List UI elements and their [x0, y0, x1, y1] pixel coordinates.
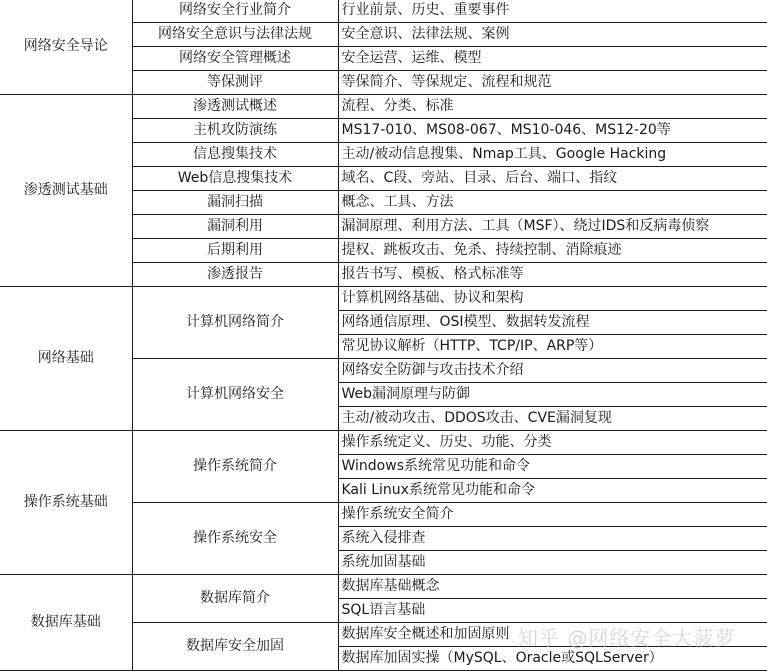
topic-cell: 主机攻防演练 [132, 119, 338, 143]
topic-cell: 漏洞利用 [132, 215, 338, 239]
topic-cell: Web信息搜集技术 [132, 167, 338, 191]
table-row: 渗透测试基础 渗透测试概述 流程、分类、标准 [0, 95, 767, 119]
topic-cell: 计算机网络简介 [132, 287, 338, 359]
detail-cell: 数据库安全概述和加固原则 [338, 623, 767, 647]
topic-cell: 后期利用 [132, 239, 338, 263]
module-cell: 网络安全导论 [0, 0, 132, 95]
module-cell: 网络基础 [0, 287, 132, 431]
detail-cell: 安全运营、运维、模型 [338, 47, 767, 71]
topic-cell: 操作系统简介 [132, 431, 338, 503]
topic-cell: 计算机网络安全 [132, 359, 338, 431]
topic-cell: 操作系统安全 [132, 503, 338, 575]
detail-cell: Kali Linux系统常见功能和命令 [338, 479, 767, 503]
detail-cell: 等保简介、等保规定、流程和规范 [338, 71, 767, 95]
module-cell: 操作系统基础 [0, 431, 132, 575]
detail-cell: 常见协议解析（HTTP、TCP/IP、ARP等） [338, 335, 767, 359]
detail-cell: 提权、跳板攻击、免杀、持续控制、消除痕迹 [338, 239, 767, 263]
topic-cell: 网络安全管理概述 [132, 47, 338, 71]
topic-cell: 等保测评 [132, 71, 338, 95]
detail-cell: 概念、工具、方法 [338, 191, 767, 215]
detail-cell: 主动/被动信息搜集、Nmap工具、Google Hacking [338, 143, 767, 167]
topic-cell: 信息搜集技术 [132, 143, 338, 167]
detail-cell: Windows系统常见功能和命令 [338, 455, 767, 479]
topic-cell: 网络安全行业简介 [132, 0, 338, 23]
detail-cell: 流程、分类、标准 [338, 95, 767, 119]
topic-cell: 渗透报告 [132, 263, 338, 287]
detail-cell: Web漏洞原理与防御 [338, 383, 767, 407]
detail-cell: 报告书写、模板、格式标准等 [338, 263, 767, 287]
detail-cell: 安全意识、法律法规、案例 [338, 23, 767, 47]
detail-cell: 漏洞原理、利用方法、工具（MSF）、绕过IDS和反病毒侦察 [338, 215, 767, 239]
topic-cell: 漏洞扫描 [132, 191, 338, 215]
detail-cell: 系统加固基础 [338, 551, 767, 575]
detail-cell: 网络通信原理、OSI模型、数据转发流程 [338, 311, 767, 335]
detail-cell: SQL语言基础 [338, 599, 767, 623]
detail-cell: MS17-010、MS08-067、MS10-046、MS12-20等 [338, 119, 767, 143]
detail-cell: 数据库基础概念 [338, 575, 767, 599]
detail-cell: 网络安全防御与攻击技术介绍 [338, 359, 767, 383]
topic-cell: 数据库安全加固 [132, 623, 338, 671]
module-cell: 数据库基础 [0, 575, 132, 671]
table-row: 操作系统基础 操作系统简介 操作系统定义、历史、功能、分类 [0, 431, 767, 455]
curriculum-table: 网络安全导论 网络安全行业简介 行业前景、历史、重要事件 网络安全意识与法律法规… [0, 0, 767, 671]
detail-cell: 主动/被动攻击、DDOS攻击、CVE漏洞复现 [338, 407, 767, 431]
detail-cell: 数据库加固实操（MySQL、Oracle或SQLServer） [338, 647, 767, 671]
module-cell: 渗透测试基础 [0, 95, 132, 287]
detail-cell: 操作系统安全简介 [338, 503, 767, 527]
table-row: 网络基础 计算机网络简介 计算机网络基础、协议和架构 [0, 287, 767, 311]
topic-cell: 数据库简介 [132, 575, 338, 623]
detail-cell: 域名、C段、旁站、目录、后台、端口、指纹 [338, 167, 767, 191]
topic-cell: 渗透测试概述 [132, 95, 338, 119]
detail-cell: 系统入侵排查 [338, 527, 767, 551]
table-row: 数据库基础 数据库简介 数据库基础概念 [0, 575, 767, 599]
topic-cell: 网络安全意识与法律法规 [132, 23, 338, 47]
detail-cell: 行业前景、历史、重要事件 [338, 0, 767, 23]
detail-cell: 计算机网络基础、协议和架构 [338, 287, 767, 311]
detail-cell: 操作系统定义、历史、功能、分类 [338, 431, 767, 455]
table-row: 网络安全导论 网络安全行业简介 行业前景、历史、重要事件 [0, 0, 767, 23]
